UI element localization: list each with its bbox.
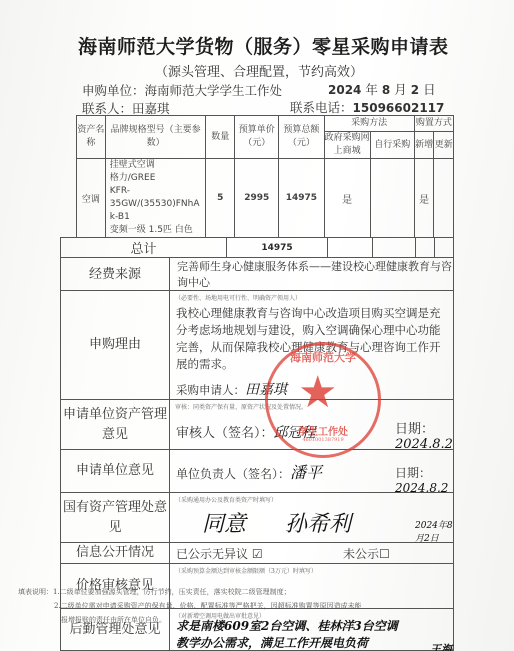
form-subtitle: （源头管理、合理配置，节约高效） xyxy=(155,61,363,80)
applicant-unit: 申购单位：海南师范大学学生工作处 xyxy=(82,81,282,99)
cell-unit-price: 2995 xyxy=(235,159,279,238)
cell-method-gov: 是 xyxy=(324,159,370,238)
spec-line: KFR-35GW/(35530)FNhA xyxy=(110,185,206,211)
header-type-replace: 更新 xyxy=(434,132,454,159)
cell-method-self xyxy=(370,159,414,238)
reason-label: 申购理由 xyxy=(61,291,170,400)
seal-top-text: 海南师范大学 xyxy=(268,349,378,365)
header-spec: 品牌规格型号（主要参数） xyxy=(105,116,206,159)
official-seal: 海南师范大学 ★ 学生工作处 4601001387919 xyxy=(265,342,381,458)
note-item: 1.二级单位要加强源头管理，厉行节约，压实责任，落实校院二级管理制度； xyxy=(53,588,291,596)
cell-type-new: 是 xyxy=(414,159,434,238)
disclosure-row: 信息公开情况 已公示无异议 ☑ 未公示☐ xyxy=(61,543,454,564)
logistics-signature: 王海 xyxy=(430,641,452,651)
disclosure-label: 信息公开情况 xyxy=(61,543,170,564)
leader-line: 单位负责人（签名）：潘平 日期：2024.8.2 xyxy=(170,460,453,483)
leader-date: 日期：2024.8.2 xyxy=(395,464,453,495)
header-purchase-type: 购置方式 xyxy=(414,116,453,132)
spec-line: k-B1 xyxy=(110,211,206,224)
cell-spec: 挂壁式空调 格力/GREE KFR-35GW/(35530)FNhA k-B1 … xyxy=(105,159,206,238)
reviewer-date: 日期：2024.8.2 xyxy=(395,418,453,452)
leader-label: 单位负责人（签名）： xyxy=(176,467,290,481)
header-asset-name: 资产名称 xyxy=(77,116,106,159)
note-item: 报增报账的责任由所在单位自负。 xyxy=(18,613,362,627)
date-year-unit: 年 xyxy=(365,82,378,97)
applicant-label: 采购申请人： xyxy=(176,383,245,397)
items-table: 资产名称 品牌规格型号（主要参数） 数量 预算单价（元） 预算总额（元） 采购方… xyxy=(76,115,454,238)
date-day-unit: 日 xyxy=(423,82,436,97)
asset-mgmt-label: 申请单位资产管理意见 xyxy=(61,400,170,450)
contact-value: 田嘉琪 xyxy=(132,101,170,116)
date-day: 2 xyxy=(411,83,419,97)
price-review-hint: （采购预算金额达到审核金额限额（3万元）时填写） xyxy=(175,566,317,575)
spec-line: 挂壁式空调 xyxy=(110,159,206,172)
funding-row: 经费来源 完善师生身心健康服务体系——建设校心理健康教育与咨询中心 xyxy=(61,258,454,291)
date-label: 日期： xyxy=(395,466,431,480)
approval-date: 2024年8月2日 xyxy=(415,518,453,544)
total-row: 总计 14975 xyxy=(61,238,454,258)
phone-value: 15096602117 xyxy=(353,101,445,115)
spec-line: 格力/GREE xyxy=(110,172,206,185)
total-empty xyxy=(416,238,435,258)
not-disclosed-label: 未公示 xyxy=(343,547,379,561)
total-empty xyxy=(328,238,373,258)
form-title: 海南师范大学货物（服务）零星采购申请表 xyxy=(78,32,449,59)
unit-opinion-row: 申请单位意见 单位负责人（签名）：潘平 日期：2024.8.2 xyxy=(61,450,454,493)
reason-row: 申购理由 （必要性、场地用电可行性、明确资产领用人） 我校心理健康教育与咨询中心… xyxy=(61,291,454,400)
notes-label: 填表说明： xyxy=(18,588,53,596)
contact-label: 联系人： xyxy=(82,101,132,116)
cell-type-replace xyxy=(434,159,454,238)
header-unit-price: 预算单价（元） xyxy=(235,116,279,159)
total-empty xyxy=(435,238,454,258)
unit-opinion-label: 申请单位意见 xyxy=(61,450,170,493)
not-disclosed-option: 未公示☐ xyxy=(343,545,390,562)
state-asset-cell: （采购通用办公及教育类资产时填写） 同意 孙希利 2024年8月2日 xyxy=(170,493,454,543)
funding-value: 完善师生身心健康服务体系——建设校心理健康教育与咨询中心 xyxy=(170,258,454,291)
cell-total-price: 14975 xyxy=(279,159,324,238)
logistics-handwriting-2: 教学办公需求，满足工作开展电负荷 xyxy=(176,634,368,651)
state-asset-hint: （采购通用办公及教育类资产时填写） xyxy=(175,495,277,504)
not-disclosed-checkbox[interactable]: ☐ xyxy=(379,547,390,561)
funding-label: 经费来源 xyxy=(61,258,170,291)
unit-label: 申购单位： xyxy=(82,83,145,98)
document-page: 海南师范大学货物（服务）零星采购申请表 （源头管理、合理配置，节约高效） 申购单… xyxy=(0,0,514,651)
total-value: 14975 xyxy=(227,238,328,258)
header-total-price: 预算总额（元） xyxy=(279,116,324,159)
total-label: 总计 xyxy=(61,238,227,258)
date-month: 8 xyxy=(382,83,390,97)
table-row: 空调 挂壁式空调 格力/GREE KFR-35GW/(35530)FNhA k-… xyxy=(77,159,454,238)
cell-asset-name: 空调 xyxy=(77,159,106,238)
header-type-new: 新增 xyxy=(414,132,434,159)
form-notes: 填表说明：1.二级单位要加强源头管理，厉行节约，压实责任，落实校院二级管理制度；… xyxy=(18,585,362,627)
header-method: 采购方法 xyxy=(324,116,414,132)
leader-signature: 潘平 xyxy=(290,463,322,482)
seal-bottom-text: 学生工作处 xyxy=(268,423,378,438)
phone-label: 联系电话： xyxy=(290,100,353,115)
seal-code: 4601001387919 xyxy=(268,437,378,443)
spec-line: 变频一级 1.5匹 白色 xyxy=(110,224,206,237)
star-icon: ★ xyxy=(298,371,337,415)
disclosure-cell: 已公示无异议 ☑ 未公示☐ xyxy=(170,543,454,564)
reviewer-label: 审核人（签名）： xyxy=(176,426,274,441)
contact-phone: 联系电话：15096602117 xyxy=(290,98,444,116)
total-empty xyxy=(373,238,416,258)
disclosed-label: 已公示无异议 xyxy=(170,547,248,561)
asset-mgmt-row: 申请单位资产管理意见 审核：同类资产保有量、原资产状况及处置情况。 审核人（签名… xyxy=(61,400,454,450)
header-method-gov: 政府采购网上商城 xyxy=(324,132,370,159)
unit-value: 海南师范大学学生工作处 xyxy=(145,83,283,98)
cell-qty: 5 xyxy=(206,159,235,238)
state-asset-label: 国有资产管理处意见 xyxy=(61,493,170,543)
note-item: 2.二级单位需对申请采购资产的保有量、价格、配置标准等严格把关，因超标准购置等原… xyxy=(18,599,362,613)
date-month-unit: 月 xyxy=(394,82,407,97)
approver-signature: 孙希利 xyxy=(285,507,351,538)
date-year: 2024 xyxy=(328,83,361,97)
date-label: 日期： xyxy=(395,422,434,437)
disclosed-checkbox[interactable]: ☑ xyxy=(252,547,263,561)
reason-hint: （必要性、场地用电可行性、明确资产领用人） xyxy=(175,293,301,302)
approval-signature: 同意 xyxy=(202,507,246,538)
header-method-self: 自行采购 xyxy=(370,132,414,159)
state-asset-row: 国有资产管理处意见 （采购通用办公及教育类资产时填写） 同意 孙希利 2024年… xyxy=(61,493,454,543)
header-qty: 数量 xyxy=(206,116,235,159)
application-date: 2024 年 8 月 2 日 xyxy=(328,80,436,98)
